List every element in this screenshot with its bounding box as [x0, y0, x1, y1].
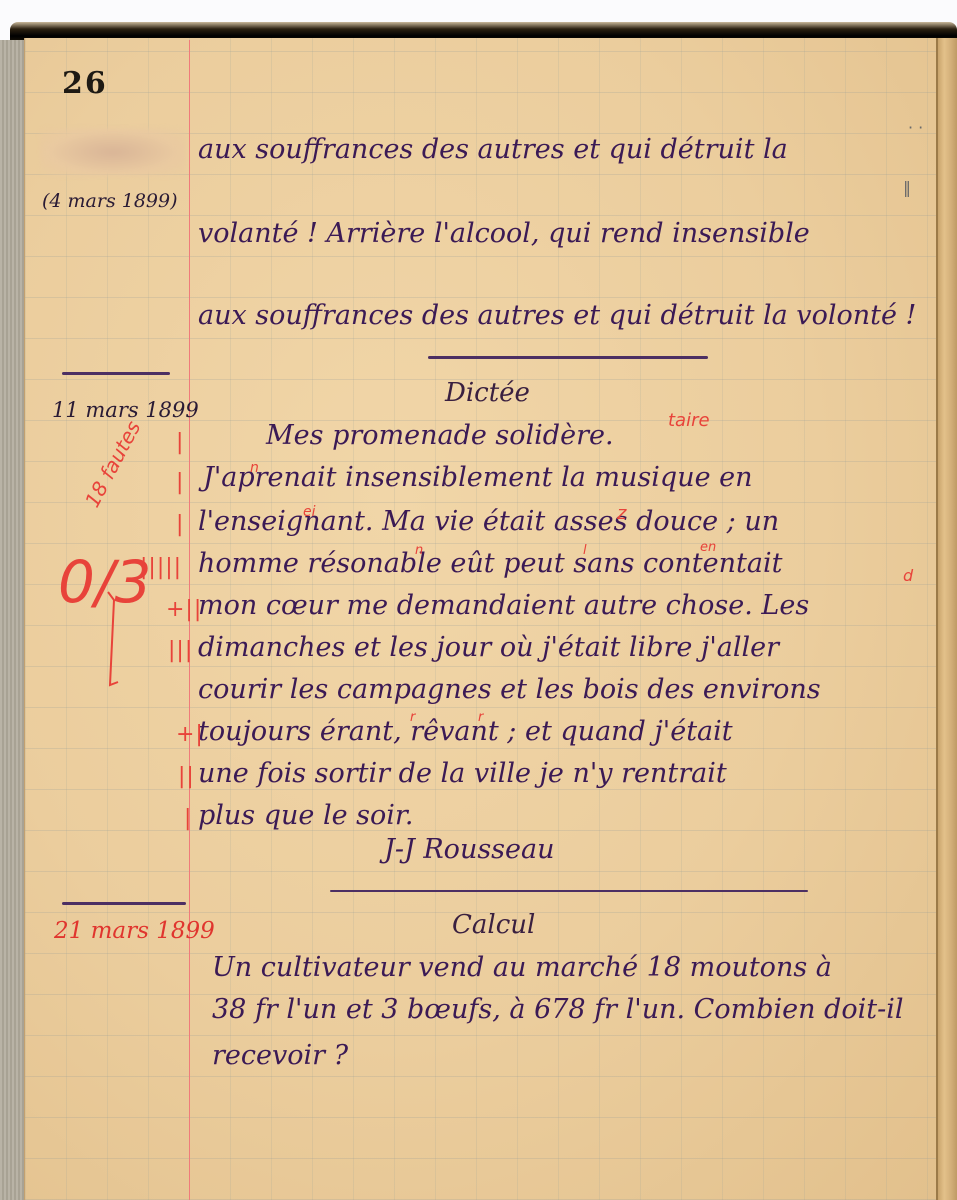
correction-mark: r: [410, 710, 415, 725]
margin-tick: +||: [166, 597, 202, 622]
margin-tick: |||: [168, 638, 193, 663]
text-line: l'enseignant. Ma vie était asses douce ;…: [198, 506, 779, 537]
entry-date: (4 mars 1899): [42, 190, 178, 212]
text-line: J'aprenait insensiblement la musique en: [203, 462, 753, 493]
correction-mark: taire: [668, 410, 710, 431]
section-title: Calcul: [452, 910, 535, 940]
section-divider: [428, 356, 708, 359]
signature: J-J Rousseau: [384, 834, 555, 865]
text-line: courir les campagnes et les bois des env…: [198, 674, 821, 705]
correction-mark: l: [583, 543, 587, 558]
text-line: aux souffrances des autres et qui détrui…: [198, 300, 916, 331]
section-title: Dictée: [445, 378, 530, 408]
text-line: 38 fr l'un et 3 bœufs, à 678 fr l'un. Co…: [212, 994, 903, 1025]
correction-mark: d: [903, 566, 913, 585]
correction-mark: n: [250, 460, 259, 476]
correction-mark: z: [617, 503, 626, 524]
grade-bracket-icon: [88, 590, 158, 740]
correction-mark: en: [700, 540, 716, 555]
margin-divider: [62, 372, 170, 375]
text-line: une fois sortir de la ville je n'y rentr…: [198, 758, 727, 789]
margin-tick: |: [176, 512, 184, 537]
text-line: toujours érant, rêvant ; et quand j'étai…: [198, 716, 733, 747]
margin-tick: |: [184, 806, 192, 831]
correction-mark: r: [478, 710, 483, 725]
margin-divider: [62, 902, 186, 905]
margin-tick: |||||: [140, 555, 182, 580]
pencil-mark: ‖: [903, 178, 911, 197]
pencil-mark: · ·: [908, 118, 923, 137]
text-line: plus que le soir.: [198, 800, 413, 831]
page-right-edge: [936, 38, 957, 1200]
text-line: Un cultivateur vend au marché 18 moutons…: [212, 952, 832, 983]
section-divider: [330, 890, 808, 892]
margin-tick: |: [176, 470, 184, 495]
text-line: volanté ! Arrière l'alcool, qui rend ins…: [198, 218, 810, 249]
redacted-name: [40, 128, 186, 176]
text-line: homme résonable eût peut sans contentait: [198, 548, 782, 579]
text-line: dimanches et les jour où j'était libre j…: [198, 632, 779, 663]
correction-mark: ei: [303, 504, 316, 520]
margin-tick: +|: [176, 722, 204, 747]
correction-mark: n: [415, 543, 423, 558]
text-line: recevoir ?: [212, 1040, 348, 1071]
text-line: Mes promenade solidère.: [266, 420, 614, 451]
text-line: aux souffrances des autres et qui détrui…: [198, 134, 788, 165]
margin-tick: ||: [178, 764, 195, 789]
page-number: 26: [62, 66, 108, 101]
entry-date: 21 mars 1899: [54, 918, 215, 944]
text-line: mon cœur me demandaient autre chose. Les: [198, 590, 809, 621]
margin-tick: |: [176, 430, 184, 455]
